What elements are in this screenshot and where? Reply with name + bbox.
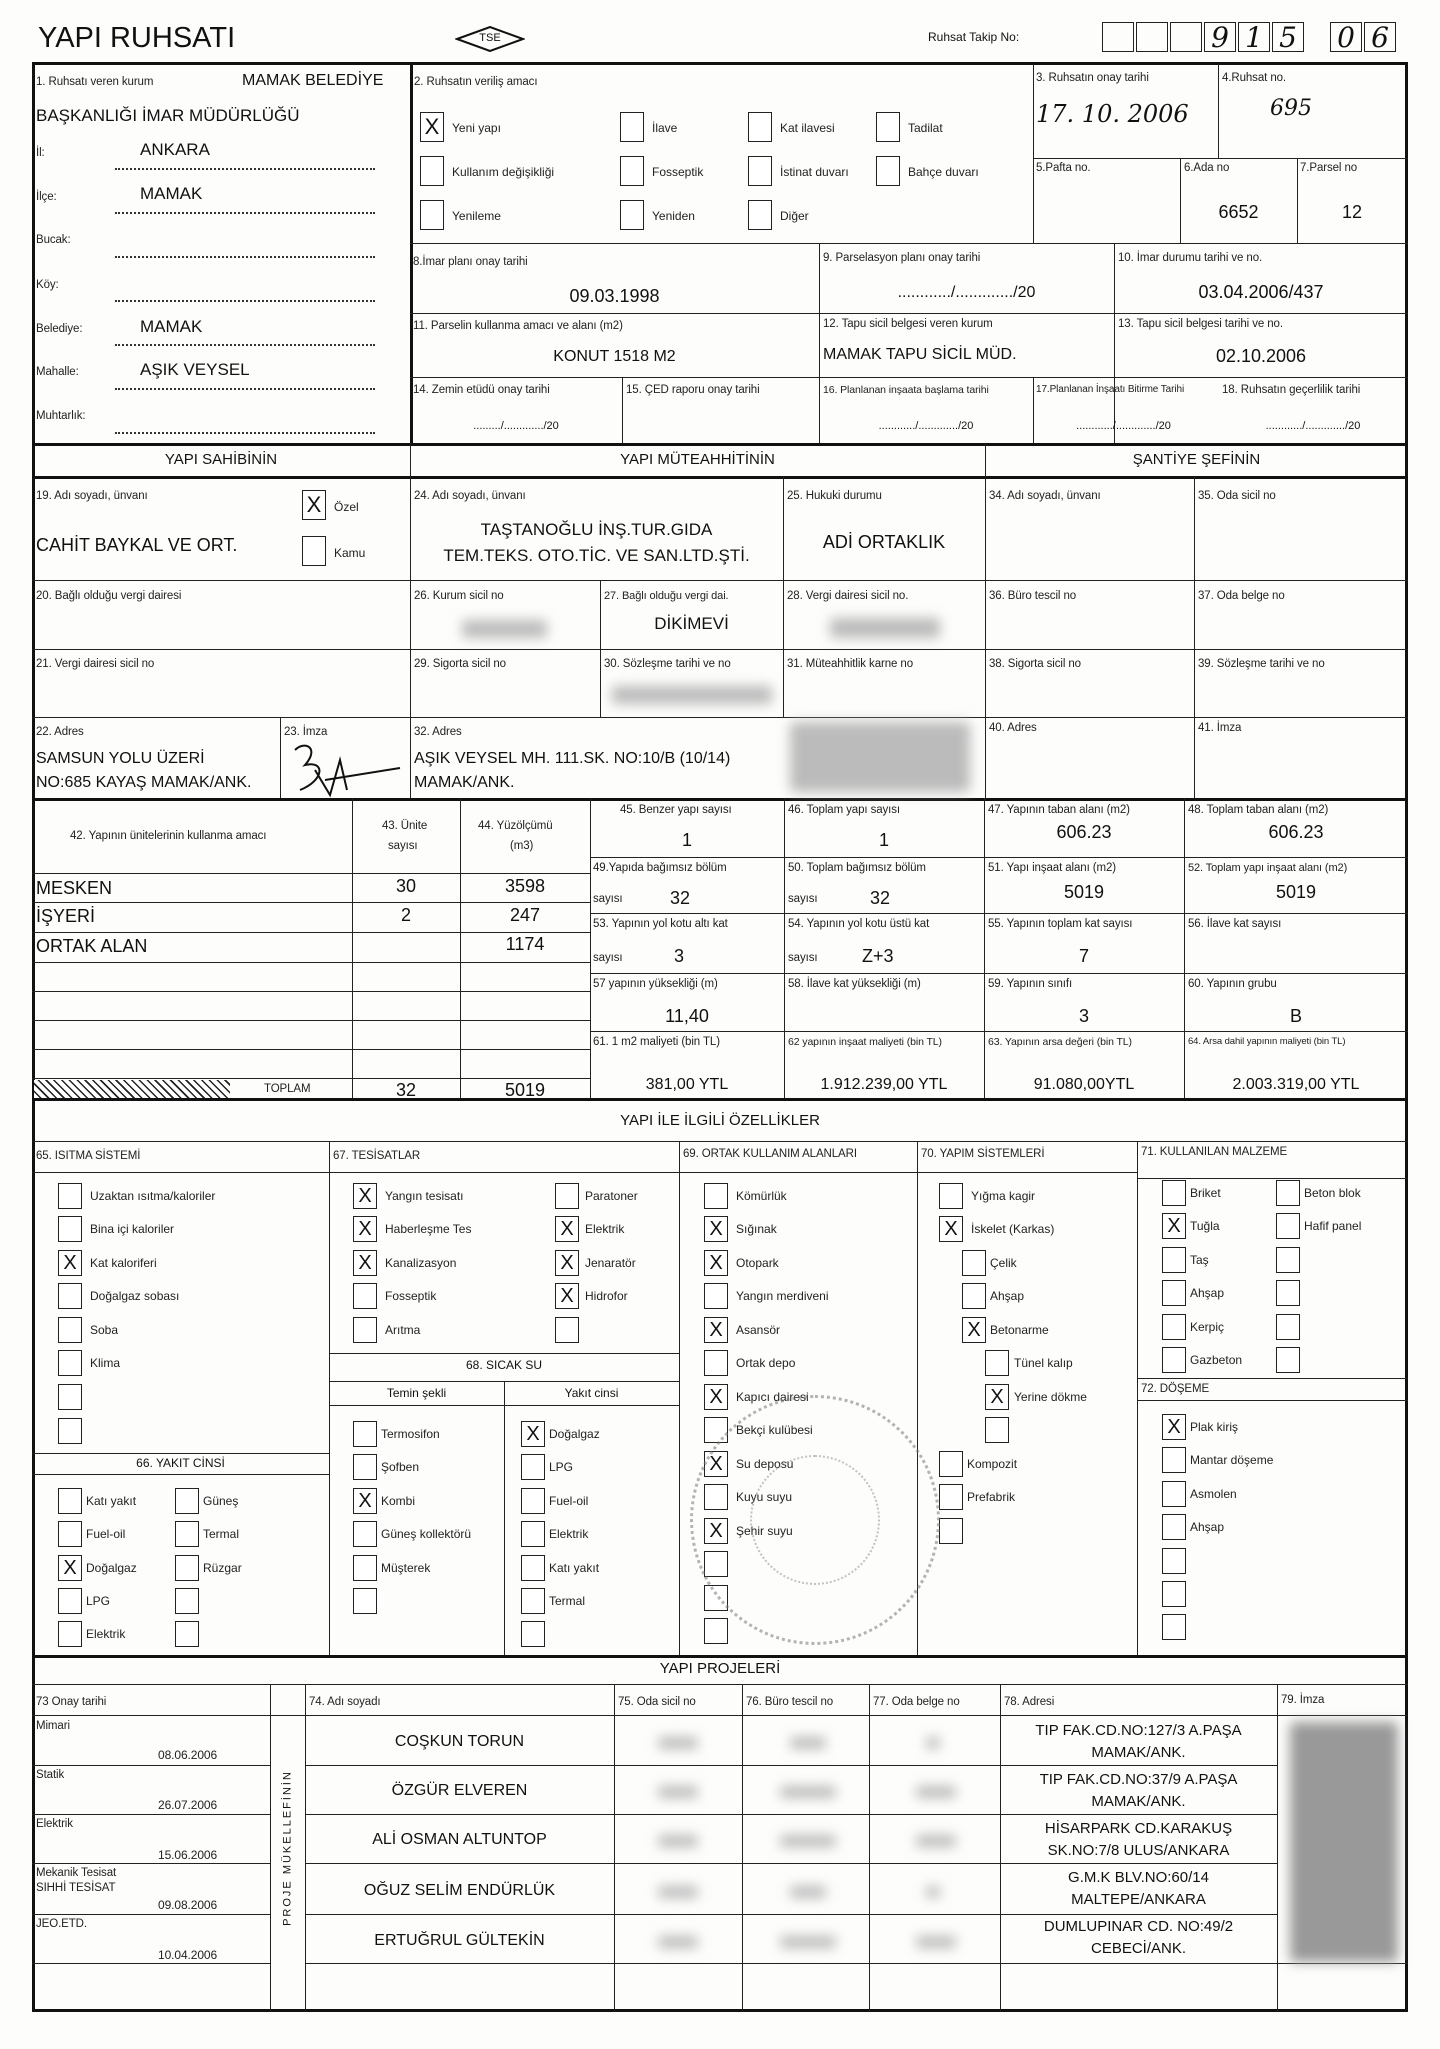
f19-value: CAHİT BAYKAL VE ORT. [36,535,237,556]
f7-value: 12 [1297,202,1407,223]
f53-value: 3 [674,946,684,967]
f18-label: 18. Ruhsatın geçerlilik tarihi [1222,384,1360,396]
checkbox-label: İstinat duvarı [780,165,849,179]
f63-label: 63. Yapının arsa değeri (bin TL) [988,1036,1132,1048]
checkbox-label: Fuel-oil [549,1494,588,1508]
checkbox-label: Doğalgaz [549,1427,600,1441]
takip-digit-box [1136,22,1168,52]
section-owner: YAPI SAHİBİNİN [32,451,410,468]
f13-label: 13. Tapu sicil belgesi tarihi ve no. [1118,318,1283,330]
f55-value: 7 [984,946,1184,967]
h44-label: 44. Yüzölçümü [478,820,553,832]
f45-value: 1 [590,830,784,851]
project-address: CEBECİ/ANK. [1000,1940,1277,1957]
checkbox-label: Yeniden [652,209,695,223]
unit-name: MESKEN [36,878,112,899]
project-type: Mimari [36,1720,70,1732]
checkbox-label: Hafif panel [1304,1219,1361,1233]
f13-value: 02.10.2006 [1114,346,1408,367]
f68-col2: Yakıt cinsi [504,1386,679,1400]
checkbox-label: Termal [203,1527,239,1541]
checkbox-yenileme[interactable] [420,200,444,230]
f53-sub: sayısı [593,952,622,964]
f26-label: 26. Kurum sicil no [414,590,504,602]
section-projects: YAPI PROJELERİ [32,1660,1408,1677]
checkbox-kati-yakit[interactable] [521,1555,545,1581]
project-address: DUMLUPINAR CD. NO:49/2 [1000,1918,1277,1935]
f46-label: 46. Toplam yapı sayısı [788,804,900,816]
checkbox-blank[interactable] [353,1588,377,1614]
checkbox-paratoner[interactable] [555,1183,579,1209]
checkbox-blank[interactable] [1276,1247,1300,1273]
checkbox-dogalgaz[interactable]: X [521,1421,545,1447]
checkbox-label: Kat ilavesi [780,121,835,135]
checkbox-siginak[interactable]: X [704,1216,728,1242]
f47-label: 47. Yapının taban alanı (m2) [988,804,1130,816]
f30-label: 30. Sözleşme tarihi ve no [604,658,731,670]
checkbox-kat-ilavesi[interactable] [748,112,772,142]
f57-label: 57 yapının yüksekliği (m) [593,978,718,990]
f14-label: 14. Zemin etüdü onay tarihi [413,384,550,396]
f60-value: B [1184,1006,1408,1027]
checkbox-label: Elektrik [86,1627,125,1641]
h76-label: 76. Büro tescil no [746,1696,833,1708]
checkbox-label: Kerpiç [1190,1320,1224,1334]
f22-value1: SAMSUN YOLU ÜZERİ [36,750,205,768]
f40-label: 40. Adres [989,722,1037,734]
checkbox-label: Bahçe duvarı [908,165,979,179]
f28-label: 28. Vergi dairesi sicil no. [787,590,908,602]
bucak-label: Bucak: [36,234,71,246]
checkbox-label: Gazbeton [1190,1353,1242,1367]
checkbox-betonarme[interactable]: X [962,1317,986,1343]
f25-label: 25. Hukuki durumu [787,490,882,502]
f49-label: 49.Yapıda bağımsız bölüm [593,862,727,874]
f66-label: 66. YAKIT CİNSİ [32,1456,329,1470]
checkbox-label: Rüzgar [203,1561,242,1575]
checkbox-blank[interactable] [521,1621,545,1647]
checkbox-ruzgar[interactable] [175,1555,199,1581]
checkbox-jenarator[interactable]: X [555,1250,579,1276]
unit-count: 2 [352,905,460,926]
f32-value1: AŞIK VEYSEL MH. 111.SK. NO:10/B (10/14) [414,750,730,768]
unit-name: İŞYERİ [36,906,95,927]
checkbox-label: Kat kaloriferi [90,1256,157,1270]
owner-signature [285,740,405,800]
checkbox-lpg[interactable] [521,1454,545,1480]
checkbox-dogalgaz[interactable]: X [58,1555,82,1581]
f16-value: ............/............./20 [819,420,1033,432]
checkbox-fosseptik[interactable] [620,156,644,186]
checkbox-kapici-dairesi[interactable]: X [704,1384,728,1410]
checkbox-elektrik[interactable]: X [555,1216,579,1242]
f22-label: 22. Adres [36,726,84,738]
f64-label: 64. Arsa dahil yapının maliyeti (bin TL) [1188,1036,1345,1047]
checkbox-tunel-kalip[interactable] [985,1350,1009,1376]
checkbox-yangin-merdiveni[interactable] [704,1283,728,1309]
h75-label: 75. Oda sicil no [618,1696,696,1708]
checkbox-plak-kiris[interactable]: X [1162,1414,1186,1440]
checkbox-tas[interactable] [1162,1247,1186,1273]
f41-label: 41. İmza [1198,722,1241,734]
checkbox-label: Jenaratör [585,1256,636,1270]
unit-area: 3598 [460,876,590,897]
project-type: Mekanik Tesisat [36,1867,116,1879]
f2-label: 2. Ruhsatın veriliş amacı [414,76,537,88]
f15-label: 15. ÇED raporu onay tarihi [626,384,760,396]
mahalle-value: AŞIK VEYSEL [140,360,250,380]
checkbox-blank[interactable] [704,1618,728,1644]
checkbox-kanalizasyon[interactable]: X [353,1250,377,1276]
project-address: MALTEPE/ANKARA [1000,1891,1277,1908]
checkbox-musterek[interactable] [353,1555,377,1581]
checkbox-ortak-depo[interactable] [704,1350,728,1376]
checkbox-asansor[interactable]: X [704,1317,728,1343]
f69-label: 69. ORTAK KULLANIM ALANLARI [683,1148,857,1160]
f24-label: 24. Adı soyadı, ünvanı [414,490,526,502]
f50-sub: sayısı [788,893,817,905]
project-address: MAMAK/ANK. [1000,1793,1277,1810]
checkbox-tadilat[interactable] [876,112,900,142]
f12-label: 12. Tapu sicil belgesi veren kurum [823,318,993,330]
checkbox-label: Katı yakıt [549,1561,599,1575]
checkbox-lpg[interactable] [58,1588,82,1614]
checkbox-label: Tuğla [1190,1219,1220,1233]
checkbox-label: Yığma kagir [971,1189,1035,1203]
checkbox-termal[interactable] [521,1588,545,1614]
checkbox-ilave[interactable] [620,112,644,142]
checkbox-termosifon[interactable] [353,1421,377,1447]
f54-sub: sayısı [788,952,817,964]
redacted-field [658,1786,698,1798]
f61-label: 61. 1 m2 maliyeti (bin TL) [593,1036,720,1048]
il-value: ANKARA [140,140,210,160]
f1-value2: BAŞKANLIĞI İMAR MÜDÜRLÜĞÜ [36,106,300,126]
checkbox-blank[interactable] [985,1417,1009,1443]
checkbox-label: Plak kiriş [1190,1420,1238,1434]
checkbox-label: Yangın tesisatı [385,1189,464,1203]
checkbox-blank[interactable] [58,1418,82,1444]
checkbox-beton-blok[interactable] [1276,1180,1300,1206]
belediye-label: Belediye: [36,323,82,335]
checkbox-yerine-dokme[interactable]: X [985,1384,1009,1410]
f60-label: 60. Yapının grubu [1188,978,1277,990]
f34-label: 34. Adı soyadı, ünvanı [989,490,1101,502]
checkbox-label: Otopark [736,1256,779,1270]
checkbox-bina-ici-kaloriler[interactable] [58,1216,82,1242]
f6-value: 6652 [1180,202,1297,223]
f51-value: 5019 [984,882,1184,903]
checkbox-label: Güneş kollektörü [381,1527,471,1541]
f48-value: 606.23 [1184,822,1408,843]
checkbox-label: Ahşap [1190,1286,1224,1300]
project-address: SK.NO:7/8 ULUS/ANKARA [1000,1842,1277,1859]
checkbox-ozel[interactable]: X [302,490,326,520]
checkbox-bahce-duvari[interactable] [876,156,900,186]
checkbox-yeniden[interactable] [620,200,644,230]
checkbox-label: Arıtma [385,1323,420,1337]
checkbox-fosseptik[interactable] [353,1283,377,1309]
redacted-field [780,1936,836,1948]
takip-digit-box: 5 [1272,22,1304,52]
section-features: YAPI İLE İLGİLİ ÖZELLİKLER [32,1112,1408,1129]
checkbox-label: Mantar döşeme [1190,1453,1273,1467]
checkbox-yangin-tesisati[interactable]: X [353,1183,377,1209]
checkbox-blank[interactable] [1276,1280,1300,1306]
project-type: JEO.ETD. [36,1918,87,1930]
checkbox-blank[interactable] [1162,1614,1186,1640]
redacted-field [658,1936,698,1948]
project-name: COŞKUN TORUN [305,1733,614,1751]
checkbox-label: Yenileme [452,209,501,223]
checkbox-label: Doğalgaz sobası [90,1289,179,1303]
f70-label: 70. YAPIM SİSTEMLERİ [921,1148,1044,1160]
f17-value: ............/............./20 [1033,420,1214,432]
f46-value: 1 [784,830,984,851]
project-address: TIP FAK.CD.NO:127/3 A.PAŞA [1000,1722,1277,1739]
f8-value: 09.03.1998 [410,286,819,307]
f21-label: 21. Vergi dairesi sicil no [36,658,154,670]
f49-value: 32 [670,888,690,909]
h79-label: 79. İmza [1281,1694,1324,1706]
project-date: 15.06.2006 [158,1848,217,1862]
checkbox-blank[interactable] [555,1317,579,1343]
f19-label: 19. Adı soyadı, ünvanı [36,490,148,502]
f20-label: 20. Bağlı olduğu vergi dairesi [36,590,181,602]
takip-digit-box [1170,22,1202,52]
checkbox-prefabrik[interactable] [939,1484,963,1510]
checkbox-elektrik[interactable] [521,1521,545,1547]
checkbox-sofben[interactable] [353,1454,377,1480]
f57-value: 11,40 [590,1006,784,1027]
checkbox-tugla[interactable]: X [1162,1213,1186,1239]
f68-label: 68. SICAK SU [329,1358,679,1372]
checkbox-label: Kullanım değişikliği [452,165,554,179]
checkbox-kombi[interactable]: X [353,1488,377,1514]
checkbox-iskelet-karkas[interactable]: X [939,1216,963,1242]
h74-label: 74. Adı soyadı [309,1696,381,1708]
f10-value: 03.04.2006/437 [1114,282,1408,303]
checkbox-label: LPG [86,1594,110,1608]
checkbox-asmolen[interactable] [1162,1481,1186,1507]
redacted-field [916,1786,956,1798]
mahalle-label: Mahalle: [36,366,79,378]
checkbox-gazbeton[interactable] [1162,1347,1186,1373]
project-address: G.M.K BLV.NO:60/14 [1000,1869,1277,1886]
checkbox-blank[interactable] [58,1384,82,1410]
checkbox-komurluk[interactable] [704,1183,728,1209]
redacted-field [658,1886,698,1898]
checkbox-kompozit[interactable] [939,1451,963,1477]
takip-digit-box [1102,22,1134,52]
project-name: ALİ OSMAN ALTUNTOP [305,1831,614,1849]
checkbox-blank[interactable] [175,1621,199,1647]
checkbox-termal[interactable] [175,1521,199,1547]
project-date: 08.06.2006 [158,1748,217,1762]
redacted-field [658,1835,698,1847]
checkbox-elektrik[interactable] [58,1621,82,1647]
f18-value: ............/............./20 [1218,420,1408,432]
project-date: 10.04.2006 [158,1948,217,1962]
checkbox-haberlesme[interactable]: X [353,1216,377,1242]
f53-label: 53. Yapının yol kotu altı kat [593,918,728,930]
checkbox-label: Fosseptik [652,165,703,179]
checkbox-label: Ahşap [990,1289,1024,1303]
belediye-value: MAMAK [140,317,202,337]
checkbox-label: Fosseptik [385,1289,436,1303]
checkbox-label: Kompozit [967,1457,1017,1471]
redacted-field [916,1835,956,1847]
ilce-value: MAMAK [140,184,202,204]
checkbox-label: Diğer [780,209,809,223]
project-date: 26.07.2006 [158,1798,217,1812]
checkbox-kullanim-degisikligi[interactable] [420,156,444,186]
f16-label: 16. Planlanan inşaata başlama tarihi [823,384,989,396]
checkbox-label: Kombi [381,1494,415,1508]
redacted-field [790,722,970,792]
checkbox-blank[interactable] [939,1518,963,1544]
official-stamp-inner [750,1455,880,1585]
redacted-field [830,618,940,638]
project-type: Statik [36,1769,64,1781]
f4-value: 695 [1270,96,1312,121]
project-date: 09.08.2006 [158,1898,217,1912]
project-name: ERTUĞRUL GÜLTEKİN [305,1932,614,1950]
checkbox-kamu[interactable] [302,536,326,566]
redacted-field [916,1936,956,1948]
checkbox-ahsap[interactable] [1162,1514,1186,1540]
checkbox-diger[interactable] [748,200,772,230]
checkbox-dogalgaz-sobasi[interactable] [58,1283,82,1309]
checkbox-kat-kaloriferi[interactable]: X [58,1250,82,1276]
checkbox-fuel-oil[interactable] [521,1488,545,1514]
f38-label: 38. Sigorta sicil no [989,658,1081,670]
checkbox-blank[interactable] [175,1588,199,1614]
f68-col1: Temin şekli [329,1386,504,1400]
redacted-field [658,1737,698,1749]
f45-label: 45. Benzer yapı sayısı [620,804,732,816]
f37-label: 37. Oda belge no [1198,590,1285,602]
f24-value1: TAŞTANOĞLU İNŞ.TUR.GIDA [410,520,783,540]
checkbox-hidrofor[interactable]: X [555,1283,579,1309]
checkbox-gunes[interactable] [175,1488,199,1514]
checkbox-label: Tünel kalıp [1014,1356,1073,1370]
project-type: Elektrik [36,1818,73,1830]
checkbox-label: LPG [549,1460,573,1474]
h44-label-sub: (m3) [510,840,533,852]
checkbox-label: Asmolen [1190,1487,1237,1501]
h43-label-sub: sayısı [388,840,417,852]
checkbox-label: Betonarme [990,1323,1049,1337]
checkbox-blank[interactable] [1162,1581,1186,1607]
f11-label: 11. Parselin kullanma amacı ve alanı (m2… [413,320,623,332]
checkbox-klima[interactable] [58,1350,82,1376]
f27-label: 27. Bağlı olduğu vergi dai. [604,590,729,602]
f9-label: 9. Parselasyon planı onay tarihi [823,252,980,264]
f48-label: 48. Toplam taban alanı (m2) [1188,804,1328,816]
f7-label: 7.Parsel no [1300,162,1357,174]
checkbox-label: Ahşap [1190,1520,1224,1534]
checkbox-label: Taş [1190,1253,1209,1267]
checkbox-label: Bina içi kaloriler [90,1222,174,1236]
checkbox-yeni-yapi[interactable]: X [420,112,444,142]
f32-value2: MAMAK/ANK. [414,774,514,792]
checkbox-kerpic[interactable] [1162,1314,1186,1340]
f8-label: 8.İmar planı onay tarihi [413,256,528,268]
checkbox-otopark[interactable]: X [704,1250,728,1276]
f65-label: 65. ISITMA SİSTEMİ [36,1150,140,1162]
checkbox-soba[interactable] [58,1317,82,1343]
checkbox-fuel-oil[interactable] [58,1521,82,1547]
checkbox-label: Fuel-oil [86,1527,125,1541]
checkbox-blank[interactable] [1276,1314,1300,1340]
redacted-field [780,1786,836,1798]
checkbox-istinat-duvari[interactable] [748,156,772,186]
tse-logo: TSE [455,26,525,52]
f61-value: 381,00 YTL [590,1076,784,1094]
project-address: TIP FAK.CD.NO:37/9 A.PAŞA [1000,1771,1277,1788]
f71-label: 71. KULLANILAN MALZEME [1141,1146,1287,1158]
checkbox-uzaktan-isitma[interactable] [58,1183,82,1209]
checkbox-label: Yerine dökme [1014,1390,1087,1404]
unit-area: 1174 [460,934,590,955]
koy-label: Köy: [36,279,59,291]
project-name: OĞUZ SELİM ENDÜRLÜK [305,1882,614,1900]
checkbox-label: Yangın merdiveni [736,1289,829,1303]
checkbox-gunes-kollektoru[interactable] [353,1521,377,1547]
checkbox-label: Prefabrik [967,1490,1015,1504]
h43-label: 43. Ünite [382,820,427,832]
checkbox-hafif-panel[interactable] [1276,1213,1300,1239]
checkbox-briket[interactable] [1162,1180,1186,1206]
f62-value: 1.912.239,00 YTL [784,1076,984,1094]
checkbox-yigma-kagir[interactable] [939,1183,963,1209]
f24-value2: TEM.TEKS. OTO.TİC. VE SAN.LTD.ŞTİ. [410,546,783,566]
checkbox-label: Şofben [381,1460,419,1474]
f55-label: 55. Yapının toplam kat sayısı [988,918,1132,930]
checkbox-ahsap[interactable] [1162,1280,1186,1306]
section-contractor: YAPI MÜTEAHHİTİNİN [410,451,985,468]
checkbox-label: Termosifon [381,1427,440,1441]
f31-label: 31. Müteahhitlik karne no [787,658,913,670]
f59-value: 3 [984,1006,1184,1027]
checkbox-label: Kanalizasyon [385,1256,456,1270]
takip-digit-box: 6 [1364,22,1396,52]
f51-label: 51. Yapı inşaat alanı (m2) [988,862,1116,874]
f32-label: 32. Adres [414,726,462,738]
checkbox-ahsap[interactable] [962,1283,986,1309]
checkbox-mantar-doseme[interactable] [1162,1447,1186,1473]
checkbox-blank[interactable] [1276,1347,1300,1373]
project-address: MAMAK/ANK. [1000,1744,1277,1761]
checkbox-kati-yakit[interactable] [58,1488,82,1514]
f64-value: 2.003.319,00 YTL [1184,1076,1408,1094]
checkbox-blank[interactable] [1162,1548,1186,1574]
checkbox-label: Elektrik [585,1222,624,1236]
project-address: HİSARPARK CD.KARAKUŞ [1000,1820,1277,1837]
redacted-signature [1290,1722,1398,1962]
redacted-field [926,1886,940,1898]
f62-label: 62 yapının inşaat maliyeti (bin TL) [788,1036,942,1048]
checkbox-celik[interactable] [962,1250,986,1276]
ilce-label: İlçe: [36,191,57,203]
f50-value: 32 [870,888,890,909]
f52-value: 5019 [1184,882,1408,903]
h77-label: 77. Oda belge no [873,1696,960,1708]
h73-label: 73 Onay tarihi [36,1696,106,1708]
checkbox-aritma[interactable] [353,1317,377,1343]
f72-label: 72. DÖŞEME [1141,1383,1209,1395]
